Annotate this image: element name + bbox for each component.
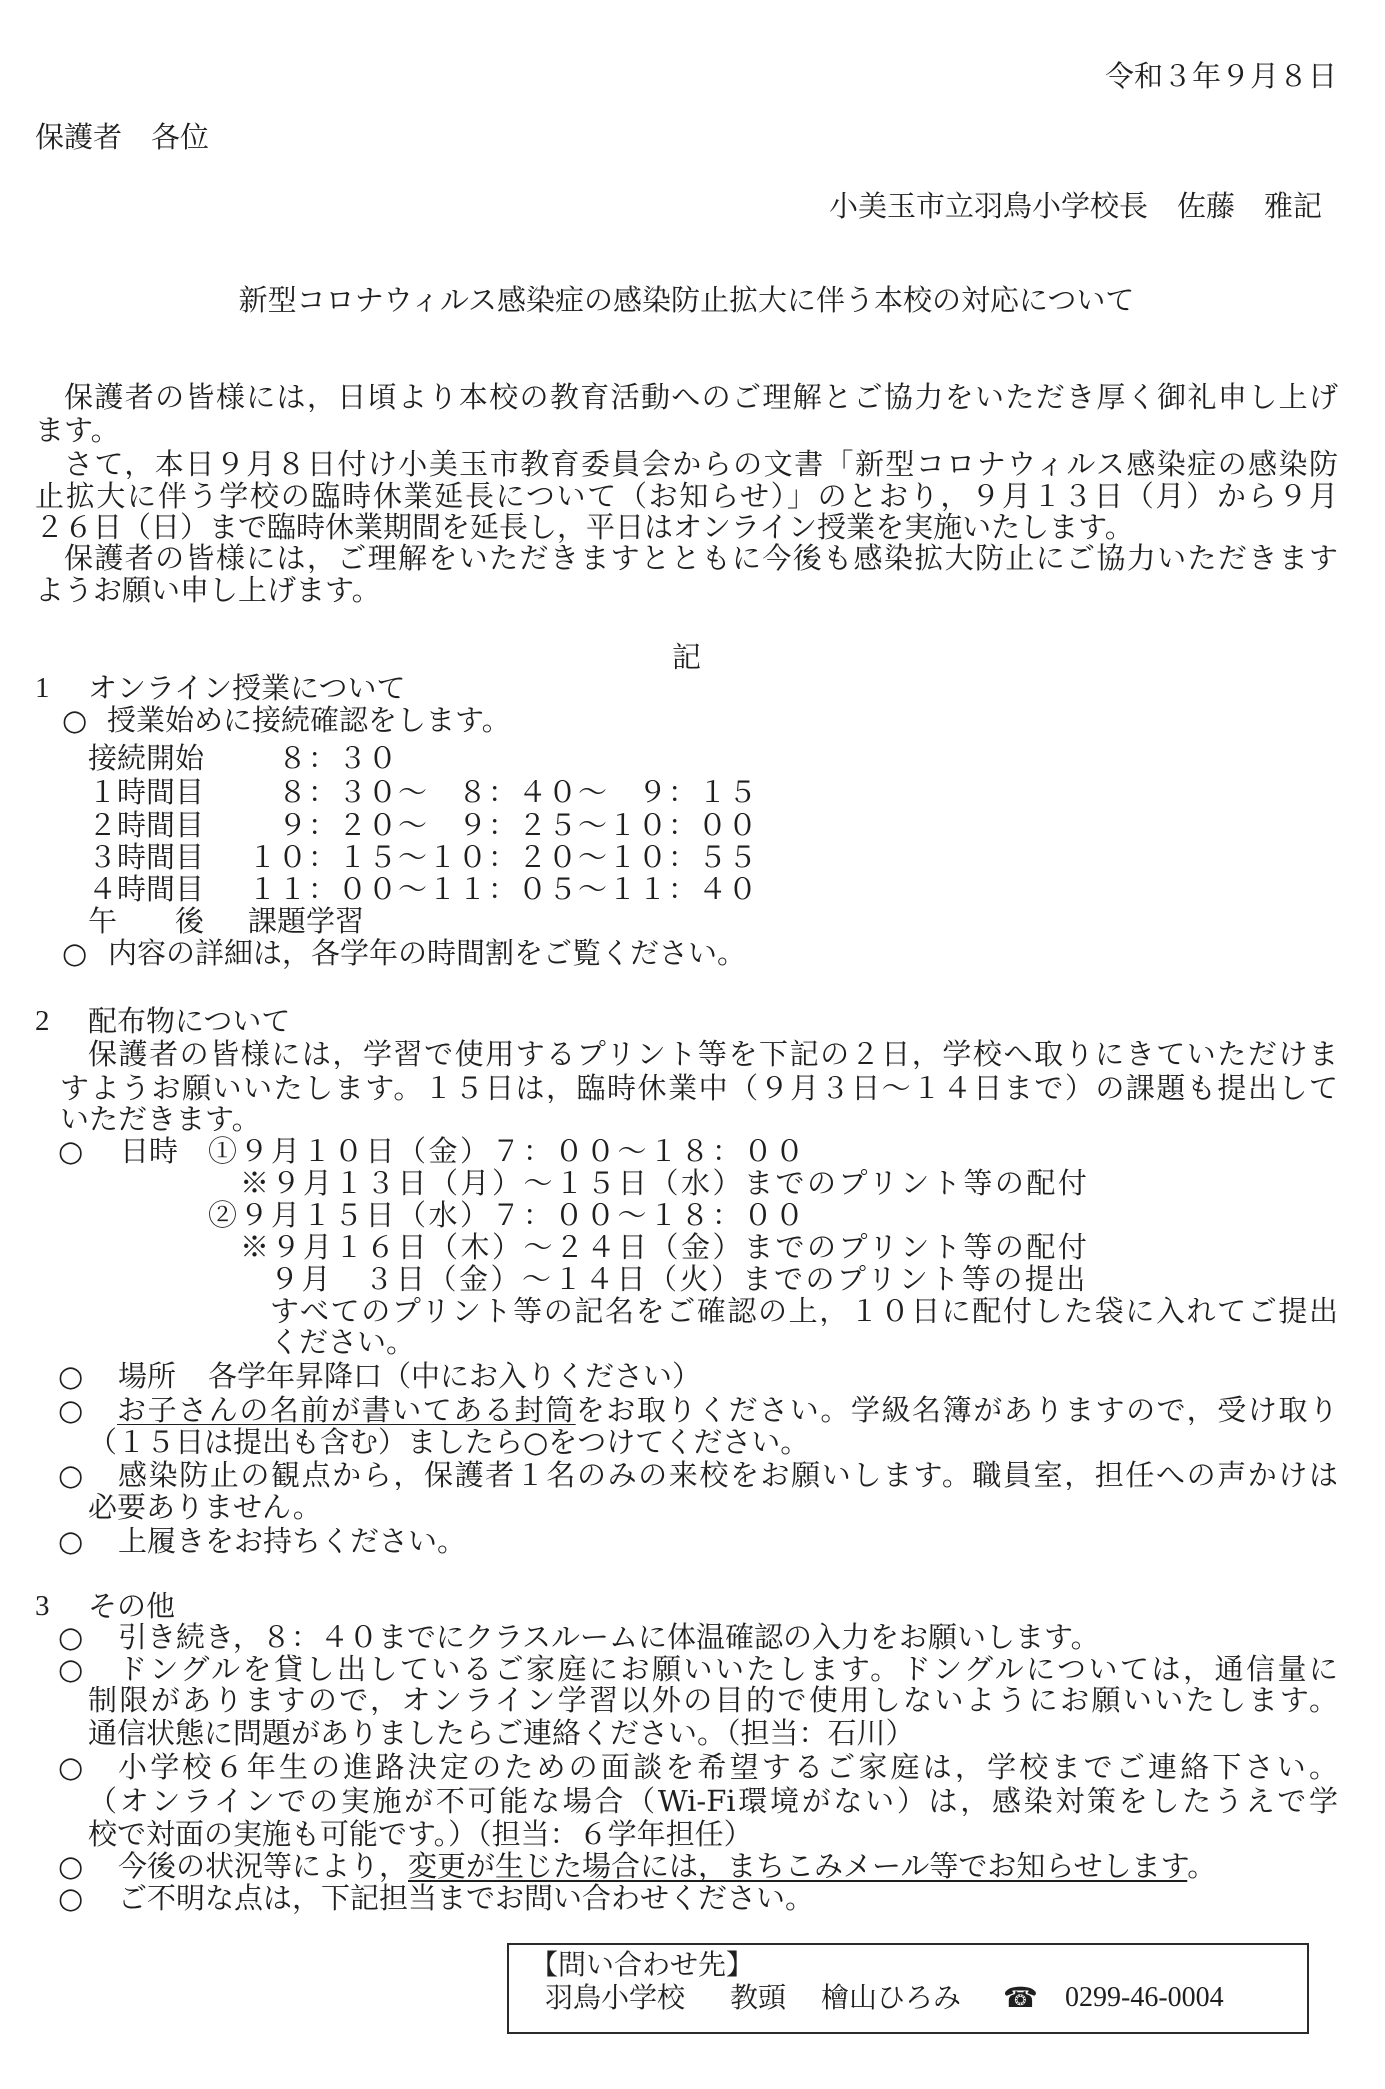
circle-bullet-icon: ○ — [58, 1752, 83, 1782]
circle-bullet-icon: ○ — [58, 1526, 83, 1556]
envelope-item-continuation: （１５日は提出も含む）ましたら○をつけてください。 — [88, 1427, 809, 1457]
circle-bullet-icon: ○ — [58, 1654, 83, 1684]
intro-paragraph-2-line: 止拡大に伴う学校の臨時休業延長について（お知らせ）」のとおり，９月１３日（月）か… — [35, 481, 1338, 511]
section-number: 1 — [35, 673, 50, 703]
datetime-note: すべてのプリント等の記名をご確認の上，１０日に配付した袋に入れてご提出 — [270, 1296, 1338, 1326]
datetime-day-1: ①９月１０日（金）７：００～１８：００ — [208, 1136, 807, 1166]
intro-paragraph-3-line: 保護者の皆様には，ご理解をいただきますとともに今後も感染拡大防止にご協力いただき… — [64, 543, 1338, 573]
issue-date: 令和３年９月８日 — [1105, 61, 1337, 91]
period-label: １時間目 — [88, 777, 204, 807]
item-text-rest: をお取りください。学級名簿がありますので，受け取り — [576, 1395, 1338, 1425]
intro-paragraph-2-line: さて，本日９月８日付け小美玉市教育委員会からの文書「新型コロナウィルス感染症の感… — [64, 449, 1338, 479]
item-text: 授業始めに接続確認をします。 — [107, 705, 511, 735]
visit-item-continuation: 必要ありません。 — [88, 1492, 322, 1522]
datetime-day-2: ②９月１５日（水）７：００～１８：００ — [208, 1200, 807, 1230]
circle-bullet-icon: ○ — [58, 1361, 83, 1391]
schedule-row: ４時間目 １１：００～１１：０５～１１：４０ — [0, 874, 1385, 904]
datetime-note: ９月 ３日（金）～１４日（火）までのプリント等の提出 — [270, 1264, 1088, 1294]
circle-bullet-icon: ○ — [62, 705, 87, 735]
place-label: 場所 — [118, 1361, 176, 1391]
item-text: お子さんの名前が書いてある封筒をお取りください。学級名簿がありますので，受け取り — [117, 1395, 1338, 1425]
shoes-item: ○ 上履きをお持ちください。 — [0, 1526, 1385, 1556]
item-text: 小学校６年生の進路決定のための面談を希望するご家庭は，学校までご連絡下さい。 — [118, 1752, 1338, 1782]
item-text: 感染防止の観点から，保護者１名のみの来校をお願いします。職員室，担任への声かけは — [118, 1460, 1338, 1490]
intro-paragraph-1-line: ます。 — [35, 415, 120, 445]
section-2-intro-line: 保護者の皆様には，学習で使用するプリント等を下記の２日，学校へ取りにきていただけ… — [88, 1039, 1338, 1069]
underlined-text: 変更が生じた場合には，まちこみメール等でお知らせします — [408, 1849, 1187, 1883]
item-text: 内容の詳細は，各学年の時間割をご覧ください。 — [108, 938, 746, 968]
section-1-heading: 1 オンライン授業について — [0, 673, 1385, 703]
place-item: ○ 場所 各学年昇降口（中にお入りください） — [0, 1361, 1385, 1391]
section-heading: 配布物について — [88, 1006, 290, 1036]
intro-paragraph-1-line: 保護者の皆様には，日頃より本校の教育活動へのご理解とご協力をいただき厚く御礼申し… — [64, 382, 1338, 412]
intro-paragraph-3-line: ようお願い申し上げます。 — [35, 575, 381, 605]
section-number: 2 — [35, 1006, 50, 1036]
datetime-label: 日時 — [120, 1136, 178, 1166]
addressee: 保護者 各位 — [35, 122, 209, 152]
item-text: ドングルを貸し出しているご家庭にお願いいたします。ドングルについては，通信量に — [118, 1654, 1338, 1684]
dongle-item-continuation: 制限がありますので，オンライン学習以外の目的で使用しないようにお願いいたします。 — [88, 1685, 1338, 1715]
circle-bullet-icon: ○ — [62, 938, 87, 968]
connection-check-item: ○ 授業始めに接続確認をします。 — [0, 705, 1385, 735]
circle-bullet-icon: ○ — [58, 1883, 83, 1913]
item-text: 上履きをお持ちください。 — [118, 1526, 466, 1556]
intro-paragraph-2-line: ２６日（日）まで臨時休業期間を延長し，平日はオンライン授業を実施いたします。 — [35, 512, 1134, 542]
period-times: ８：３０ — [248, 743, 398, 773]
dongle-item: ○ ドングルを貸し出しているご家庭にお願いいたします。ドングルについては，通信量… — [0, 1654, 1385, 1684]
contact-phone: 0299-46-0004 — [1065, 1984, 1224, 2012]
section-2-heading: 2 配布物について — [0, 1006, 1385, 1036]
updates-item: ○ 今後の状況等により，変更が生じた場合には，まちこみメール等でお知らせします。 — [0, 1851, 1385, 1881]
section-3-heading: 3 その他 — [0, 1591, 1385, 1621]
contact-heading: 【問い合わせ先】 — [530, 1951, 754, 1979]
schedule-row: ３時間目 １０：１５～１０：２０～１０：５５ — [0, 842, 1385, 872]
ki-mark: 記 — [35, 642, 1338, 672]
item-text: ご不明な点は，下記担当までお問い合わせください。 — [118, 1883, 814, 1913]
circle-bullet-icon: ○ — [58, 1460, 83, 1490]
item-text-suffix: 。 — [1187, 1849, 1216, 1883]
section-number: 3 — [35, 1591, 50, 1621]
schedule-row: １時間目 ８：３０～ ８：４０～ ９：１５ — [0, 777, 1385, 807]
schedule-row: 接続開始 ８：３０ — [0, 743, 1385, 773]
datetime-note: ください。 — [270, 1327, 415, 1357]
period-times: １０：１５～１０：２０～１０：５５ — [248, 842, 758, 872]
period-label: ３時間目 — [88, 842, 204, 872]
period-times: １１：００～１１：０５～１１：４０ — [248, 874, 758, 904]
item-text: 今後の状況等により，変更が生じた場合には，まちこみメール等でお知らせします。 — [118, 1851, 1216, 1881]
underlined-text: お子さんの名前が書いてある封筒 — [117, 1395, 576, 1425]
schedule-row: ２時間目 ９：２０～ ９：２５～１０：００ — [0, 810, 1385, 840]
interview-item: ○ 小学校６年生の進路決定のための面談を希望するご家庭は，学校までご連絡下さい。 — [0, 1752, 1385, 1782]
phone-icon: ☎ — [1003, 1984, 1038, 2012]
item-text-prefix: 今後の状況等により， — [118, 1849, 408, 1883]
section-2-intro-line: すようお願いいたします。１５日は，臨時休業中（９月３日～１４日まで）の課題も提出… — [60, 1073, 1338, 1103]
circle-bullet-icon: ○ — [58, 1395, 83, 1425]
period-label: 午後 — [88, 906, 204, 936]
schedule-row-afternoon: 午後 課題学習 — [0, 906, 1385, 936]
contact-box: 【問い合わせ先】 羽鳥小学校 教頭 檜山ひろみ ☎ 0299-46-0004 — [507, 1943, 1309, 2034]
period-times: ８：３０～ ８：４０～ ９：１５ — [248, 777, 758, 807]
contact-school: 羽鳥小学校 — [545, 1984, 685, 2012]
interview-item-continuation: （オンラインでの実施が不可能な場合（Wi-Fi環境がない）は，感染対策をしたうえ… — [88, 1786, 1338, 1816]
place-value: 各学年昇降口（中にお入りください） — [208, 1361, 701, 1391]
document-page: 令和３年９月８日 保護者 各位 小美玉市立羽鳥小学校長 佐藤 雅記 新型コロナウ… — [0, 0, 1385, 2089]
period-activity: 課題学習 — [248, 906, 364, 936]
document-title: 新型コロナウィルス感染症の感染防止拡大に伴う本校の対応について — [35, 285, 1338, 315]
datetime-item: ○ 日時 ①９月１０日（金）７：００～１８：００ — [0, 1136, 1385, 1166]
section-heading: その他 — [88, 1591, 175, 1621]
period-label: 接続開始 — [88, 743, 204, 773]
datetime-note: ※９月１３日（月）～１５日（水）までのプリント等の配付 — [240, 1168, 1089, 1198]
section-2-intro-line: いただきます。 — [60, 1104, 261, 1134]
circle-bullet-icon: ○ — [58, 1136, 83, 1166]
dongle-item-continuation: 通信状態に問題がありましたらご連絡ください。（担当：石川） — [88, 1718, 915, 1748]
inquiries-item: ○ ご不明な点は，下記担当までお問い合わせください。 — [0, 1883, 1385, 1913]
datetime-note: ※９月１６日（木）～２４日（金）までのプリント等の配付 — [240, 1232, 1089, 1262]
period-label: ４時間目 — [88, 874, 204, 904]
temperature-item: ○ 引き続き，８：４０までにクラスルームに体温確認の入力をお願いします。 — [0, 1622, 1385, 1652]
interview-item-continuation: 校で対面の実施も可能です。）（担当：６学年担任） — [88, 1819, 753, 1849]
period-times: ９：２０～ ９：２５～１０：００ — [248, 810, 758, 840]
section-heading: オンライン授業について — [88, 673, 406, 703]
visit-item: ○ 感染防止の観点から，保護者１名のみの来校をお願いします。職員室，担任への声か… — [0, 1460, 1385, 1490]
period-label: ２時間目 — [88, 810, 204, 840]
envelope-item: ○ お子さんの名前が書いてある封筒をお取りください。学級名簿がありますので，受け… — [0, 1395, 1385, 1425]
details-item: ○ 内容の詳細は，各学年の時間割をご覧ください。 — [0, 938, 1385, 968]
circle-bullet-icon: ○ — [58, 1851, 83, 1881]
item-text: 引き続き，８：４０までにクラスルームに体温確認の入力をお願いします。 — [118, 1622, 1100, 1652]
sender: 小美玉市立羽鳥小学校長 佐藤 雅記 — [829, 191, 1322, 221]
circle-bullet-icon: ○ — [58, 1622, 83, 1652]
contact-name: 檜山ひろみ — [821, 1984, 961, 2012]
contact-role: 教頭 — [730, 1984, 786, 2012]
